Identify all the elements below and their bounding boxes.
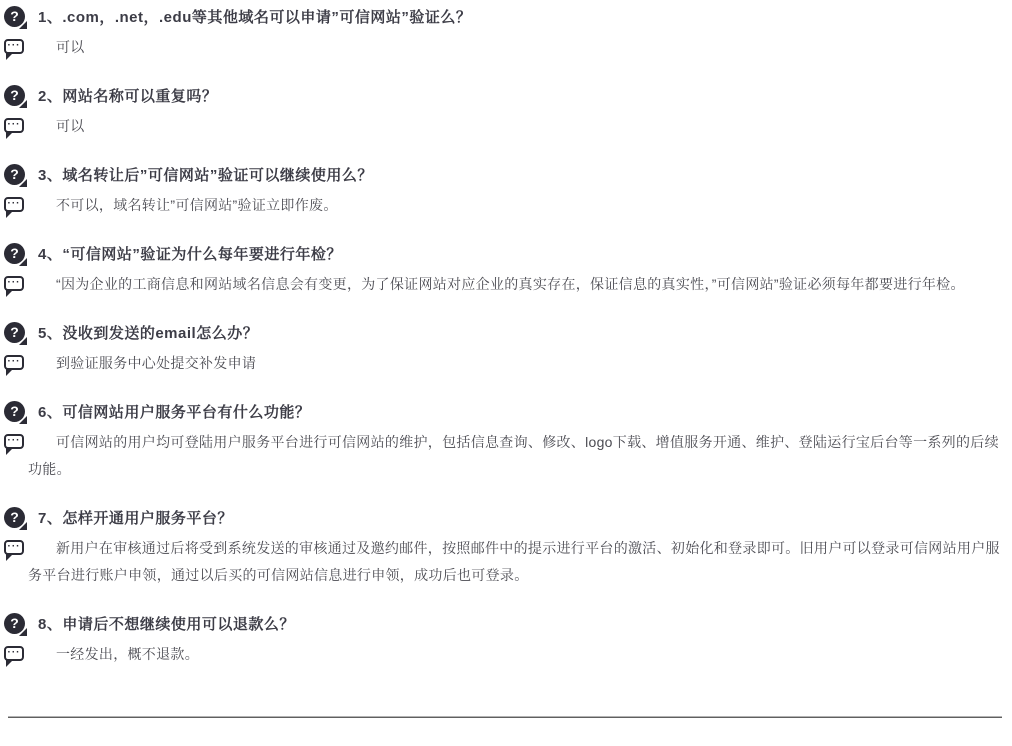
question-mark: ? xyxy=(10,9,19,23)
faq-item-3: ? 3、域名转让后”可信网站”验证可以继续使用么？ ··· 不可以，域名转让”可… xyxy=(0,162,1012,219)
faq-answer-text: 一经发出，概不退款。 xyxy=(28,641,1012,668)
ellipsis-bubble-icon: ··· xyxy=(4,646,24,661)
faq-answer-text: 新用户在审核通过后将受到系统发送的审核通过及邀约邮件，按照邮件中的提示进行平台的… xyxy=(28,535,1012,589)
question-bubble-icon: ? xyxy=(4,507,25,528)
ellipsis-bubble-icon: ··· xyxy=(4,197,24,212)
faq-answer-row: ··· “因为企业的工商信息和网站域名信息会有变更，为了保证网站对应企业的真实存… xyxy=(0,271,1012,298)
faq-question-text: 2、网站名称可以重复吗？ xyxy=(38,85,217,106)
ellipsis-dots: ··· xyxy=(8,199,21,209)
faq-question-row: ? 6、可信网站用户服务平台有什么功能？ xyxy=(0,399,1012,423)
faq-question-row: ? 2、网站名称可以重复吗？ xyxy=(0,83,1012,107)
ellipsis-dots: ··· xyxy=(8,41,21,51)
ellipsis-bubble-icon: ··· xyxy=(4,355,24,370)
ellipsis-dots: ··· xyxy=(8,542,21,552)
question-mark: ? xyxy=(10,167,19,181)
question-mark: ? xyxy=(10,616,19,630)
question-bubble-icon: ? xyxy=(4,613,25,634)
faq-question-row: ? 3、域名转让后”可信网站”验证可以继续使用么？ xyxy=(0,162,1012,186)
bottom-divider xyxy=(8,716,1002,718)
faq-answer-text: “因为企业的工商信息和网站域名信息会有变更，为了保证网站对应企业的真实存在，保证… xyxy=(28,271,1012,298)
faq-answer-row: ··· 到验证服务中心处提交补发申请 xyxy=(0,350,1012,377)
faq-answer-row: ··· 新用户在审核通过后将受到系统发送的审核通过及邀约邮件，按照邮件中的提示进… xyxy=(0,535,1012,589)
faq-question-text: 3、域名转让后”可信网站”验证可以继续使用么？ xyxy=(38,164,373,185)
question-bubble-icon: ? xyxy=(4,164,25,185)
faq-item-5: ? 5、没收到发送的email怎么办？ ··· 到验证服务中心处提交补发申请 xyxy=(0,320,1012,377)
ellipsis-bubble-icon: ··· xyxy=(4,39,24,54)
faq-item-8: ? 8、申请后不想继续使用可以退款么？ ··· 一经发出，概不退款。 xyxy=(0,611,1012,668)
faq-answer-text: 可以 xyxy=(28,113,1012,140)
faq-question-text: 8、申请后不想继续使用可以退款么？ xyxy=(38,613,295,634)
faq-item-7: ? 7、怎样开通用户服务平台？ ··· 新用户在审核通过后将受到系统发送的审核通… xyxy=(0,505,1012,589)
question-mark: ? xyxy=(10,510,19,524)
ellipsis-dots: ··· xyxy=(8,278,21,288)
faq-answer-text: 不可以，域名转让”可信网站”验证立即作废。 xyxy=(28,192,1012,219)
faq-answer-row: ··· 可以 xyxy=(0,113,1012,140)
question-mark: ? xyxy=(10,246,19,260)
faq-item-1: ? 1、.com，.net，.edu等其他域名可以申请”可信网站”验证么？ ··… xyxy=(0,4,1012,61)
ellipsis-dots: ··· xyxy=(8,357,21,367)
faq-answer-row: ··· 可信网站的用户均可登陆用户服务平台进行可信网站的维护，包括信息查询、修改… xyxy=(0,429,1012,483)
faq-answer-row: ··· 不可以，域名转让”可信网站”验证立即作废。 xyxy=(0,192,1012,219)
faq-answer-row: ··· 一经发出，概不退款。 xyxy=(0,641,1012,668)
ellipsis-bubble-icon: ··· xyxy=(4,540,24,555)
ellipsis-bubble-icon: ··· xyxy=(4,276,24,291)
ellipsis-dots: ··· xyxy=(8,436,21,446)
faq-question-text: 5、没收到发送的email怎么办？ xyxy=(38,322,258,343)
question-bubble-icon: ? xyxy=(4,243,25,264)
faq-question-row: ? 4、“可信网站”验证为什么每年要进行年检？ xyxy=(0,241,1012,265)
question-mark: ? xyxy=(10,88,19,102)
faq-answer-text: 到验证服务中心处提交补发申请 xyxy=(28,350,1012,377)
faq-question-text: 7、怎样开通用户服务平台？ xyxy=(38,507,233,528)
question-bubble-icon: ? xyxy=(4,6,25,27)
question-bubble-icon: ? xyxy=(4,322,25,343)
ellipsis-bubble-icon: ··· xyxy=(4,118,24,133)
faq-question-row: ? 8、申请后不想继续使用可以退款么？ xyxy=(0,611,1012,635)
question-bubble-icon: ? xyxy=(4,401,25,422)
faq-answer-text: 可信网站的用户均可登陆用户服务平台进行可信网站的维护，包括信息查询、修改、log… xyxy=(28,429,1012,483)
faq-question-row: ? 1、.com，.net，.edu等其他域名可以申请”可信网站”验证么？ xyxy=(0,4,1012,28)
question-bubble-icon: ? xyxy=(4,85,25,106)
ellipsis-dots: ··· xyxy=(8,648,21,658)
faq-answer-row: ··· 可以 xyxy=(0,34,1012,61)
faq-question-row: ? 7、怎样开通用户服务平台？ xyxy=(0,505,1012,529)
question-mark: ? xyxy=(10,325,19,339)
question-mark: ? xyxy=(10,404,19,418)
ellipsis-bubble-icon: ··· xyxy=(4,434,24,449)
faq-list: ? 1、.com，.net，.edu等其他域名可以申请”可信网站”验证么？ ··… xyxy=(0,0,1012,668)
ellipsis-dots: ··· xyxy=(8,120,21,130)
faq-question-text: 1、.com，.net，.edu等其他域名可以申请”可信网站”验证么？ xyxy=(38,6,471,27)
faq-item-4: ? 4、“可信网站”验证为什么每年要进行年检？ ··· “因为企业的工商信息和网… xyxy=(0,241,1012,298)
faq-question-row: ? 5、没收到发送的email怎么办？ xyxy=(0,320,1012,344)
faq-item-6: ? 6、可信网站用户服务平台有什么功能？ ··· 可信网站的用户均可登陆用户服务… xyxy=(0,399,1012,483)
faq-question-text: 4、“可信网站”验证为什么每年要进行年检？ xyxy=(38,243,342,264)
faq-question-text: 6、可信网站用户服务平台有什么功能？ xyxy=(38,401,310,422)
faq-answer-text: 可以 xyxy=(28,34,1012,61)
faq-item-2: ? 2、网站名称可以重复吗？ ··· 可以 xyxy=(0,83,1012,140)
